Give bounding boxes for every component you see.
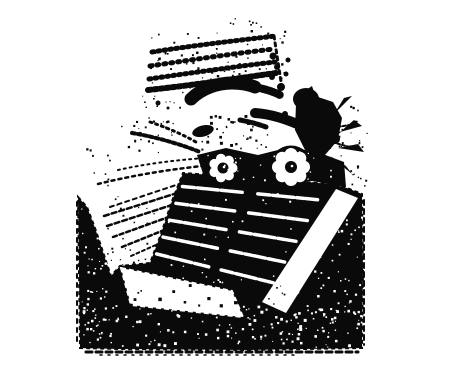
strip-blob-5 bbox=[286, 58, 291, 63]
left-wheel bbox=[206, 151, 240, 185]
panel-mark-b bbox=[167, 107, 170, 110]
throat-curl bbox=[191, 123, 215, 139]
strip-blob-6 bbox=[284, 72, 289, 77]
crescent-tail bbox=[255, 87, 280, 95]
panel-mark-a bbox=[156, 101, 161, 106]
stalk-line-2 bbox=[118, 158, 206, 170]
mid-dot-a bbox=[282, 111, 288, 117]
strip-blob-2 bbox=[274, 64, 280, 70]
below-panel-dots bbox=[142, 96, 181, 109]
right-foliage-blob bbox=[295, 96, 342, 155]
crescent-swoosh bbox=[191, 83, 255, 99]
left-leaf-line-1 bbox=[132, 133, 200, 152]
mid-dot-b bbox=[289, 117, 294, 122]
strip-blob-3 bbox=[269, 74, 275, 80]
right-wheel bbox=[270, 146, 313, 189]
feed-wave-2 bbox=[240, 120, 266, 127]
halftone-engraving-figure bbox=[0, 0, 449, 372]
strip-blob-1 bbox=[270, 53, 277, 60]
ground-and-belt-mass bbox=[78, 173, 363, 350]
engraving-image bbox=[0, 0, 449, 372]
top-margin-dots bbox=[230, 18, 262, 28]
